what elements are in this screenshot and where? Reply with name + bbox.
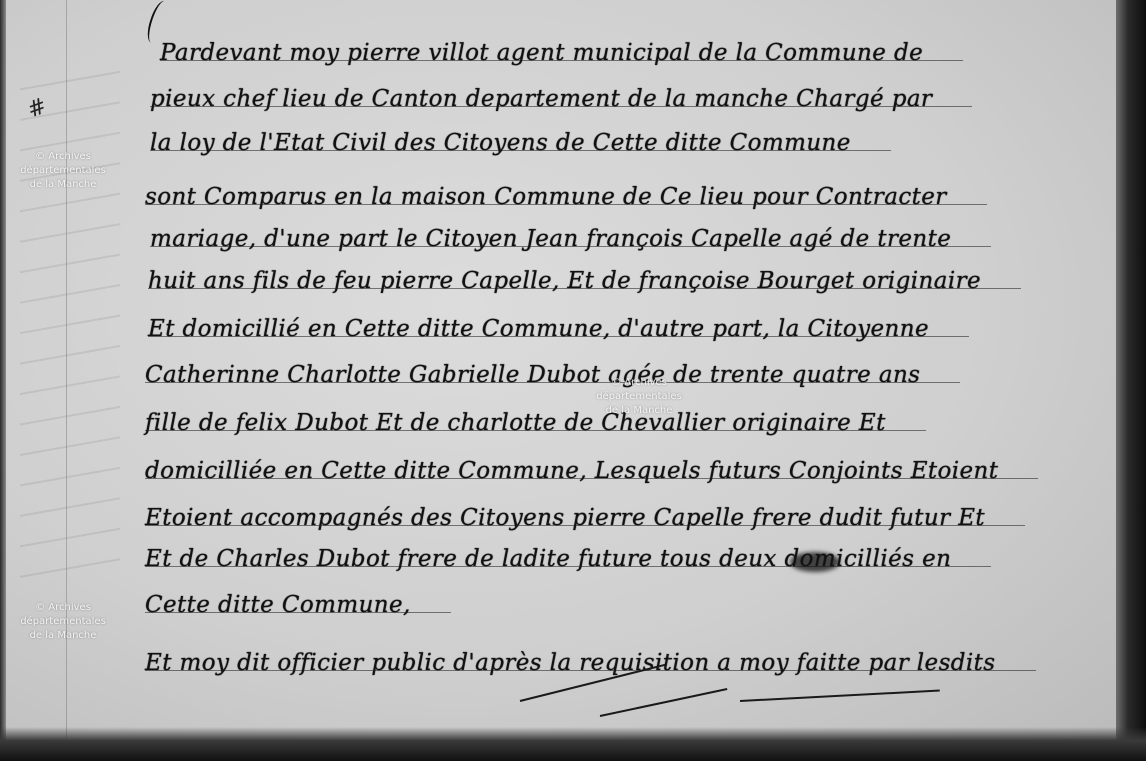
page-left-edge xyxy=(0,0,6,761)
ink-bleed-through xyxy=(20,60,120,580)
flourish xyxy=(144,0,173,45)
watermark-line: © Archives xyxy=(18,150,108,164)
document-line-11: Etoient accompagnés des Citoyens pierre … xyxy=(145,505,985,531)
watermark-line: départementales xyxy=(18,615,108,629)
pen-stroke xyxy=(600,688,728,717)
document-line-4: sont Comparus en la maison Commune de Ce… xyxy=(145,184,947,210)
document-line-9: fille de felix Dubot Et de charlotte de … xyxy=(145,410,886,436)
watermark-archives: © Archives départementales de la Manche xyxy=(594,376,684,418)
ink-blot xyxy=(790,552,840,572)
watermark-archives: © Archives départementales de la Manche xyxy=(18,601,108,643)
document-line-13: Cette ditte Commune, xyxy=(145,592,411,618)
watermark-line: départementales xyxy=(594,390,684,404)
document-line-1: Pardevant moy pierre villot agent munici… xyxy=(160,40,923,66)
watermark-line: de la Manche xyxy=(594,404,684,418)
document-line-5: mariage, d'une part le Citoyen Jean fran… xyxy=(150,226,951,252)
document-line-3: la loy de l'Etat Civil des Citoyens de C… xyxy=(150,130,851,156)
document-line-7: Et domicillié en Cette ditte Commune, d'… xyxy=(148,316,929,342)
pen-stroke xyxy=(740,690,940,702)
manuscript-page: # Pardevant moy pierre villot agent muni… xyxy=(0,0,1146,761)
watermark-archives: © Archives départementales de la Manche xyxy=(18,150,108,192)
watermark-line: © Archives xyxy=(18,601,108,615)
watermark-line: départementales xyxy=(18,164,108,178)
watermark-line: de la Manche xyxy=(18,178,108,192)
document-line-8: Catherinne Charlotte Gabrielle Dubot agé… xyxy=(145,362,920,388)
document-line-6: huit ans fils de feu pierre Capelle, Et … xyxy=(148,268,981,294)
page-bottom-edge xyxy=(0,727,1146,761)
document-line-10: domicilliée en Cette ditte Commune, Lesq… xyxy=(145,458,998,484)
watermark-line: © Archives xyxy=(594,376,684,390)
document-line-14: Et moy dit officier public d'après la re… xyxy=(145,650,996,676)
page-binding-edge xyxy=(1116,0,1146,761)
document-line-2: pieux chef lieu de Canton departement de… xyxy=(150,86,932,112)
watermark-line: de la Manche xyxy=(18,629,108,643)
